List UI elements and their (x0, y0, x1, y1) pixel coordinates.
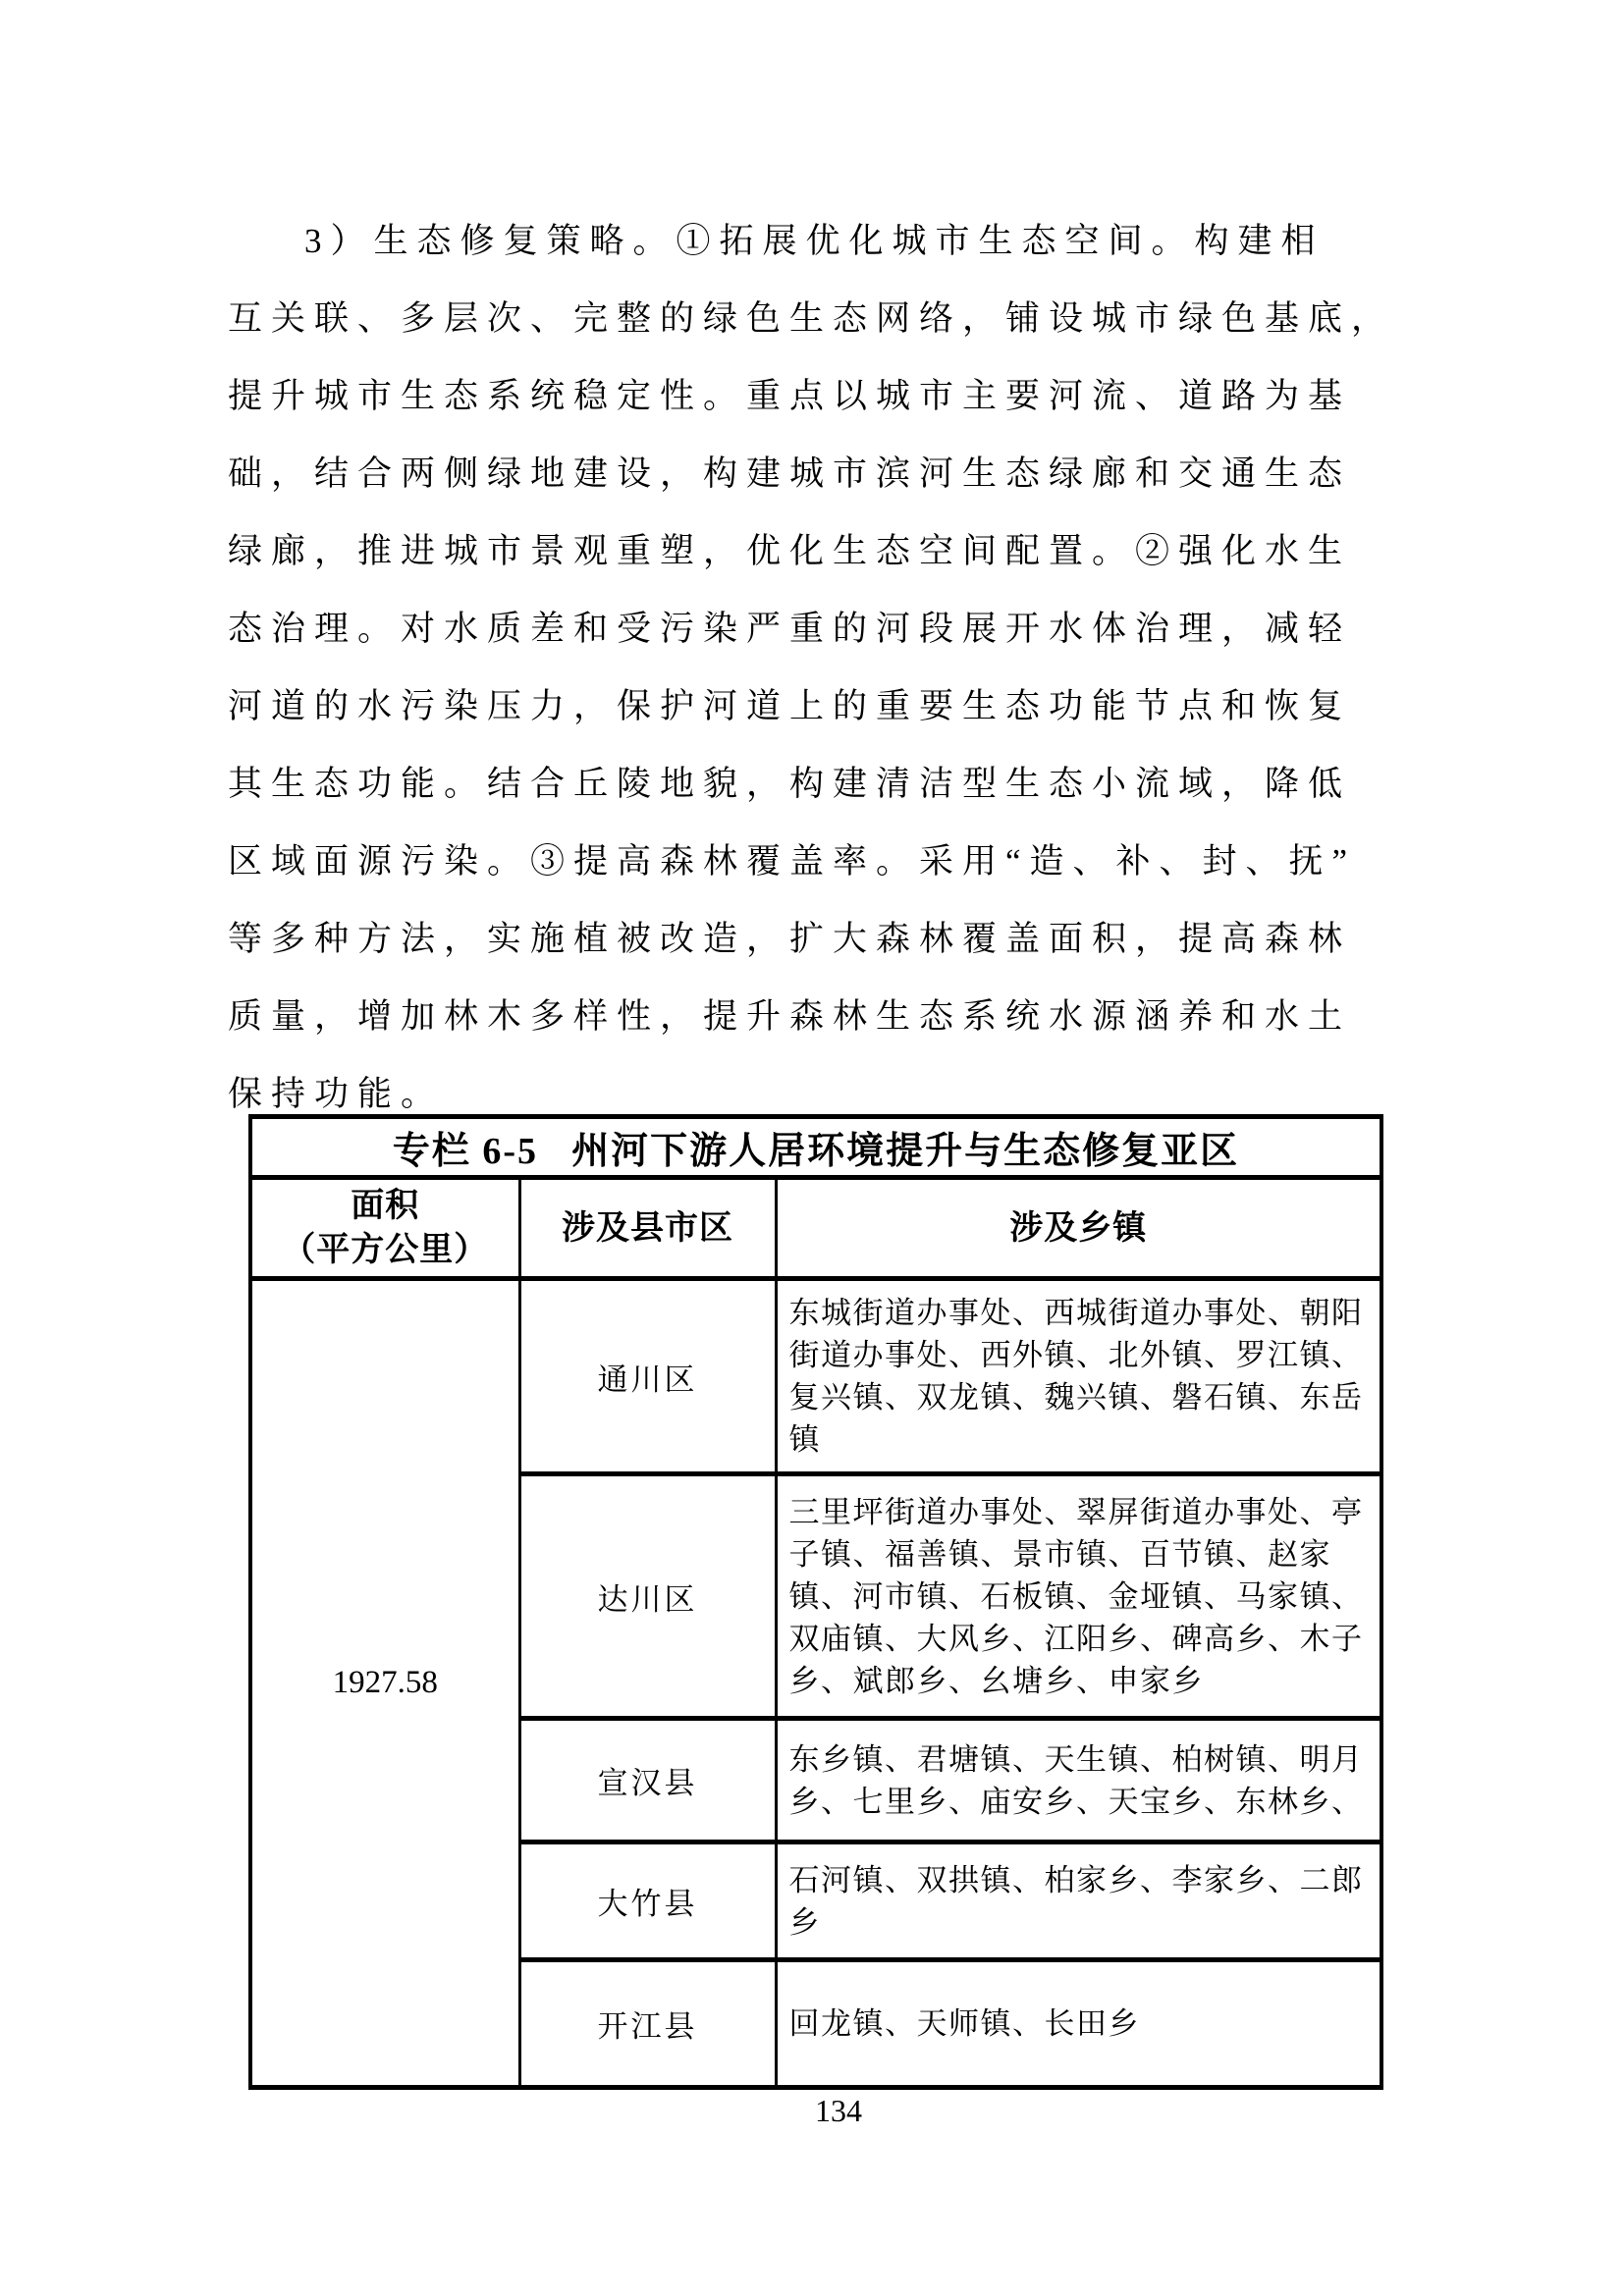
district-cell: 大竹县 (519, 1842, 776, 1960)
header-area: 面积 （平方公里） (250, 1178, 519, 1279)
table-title-row: 专栏 6-5州河下游人居环境提升与生态修复亚区 (250, 1117, 1381, 1178)
table-title: 专栏 6-5州河下游人居环境提升与生态修复亚区 (250, 1117, 1381, 1178)
paragraph-line: 态治理。对水质差和受污染严重的河段展开水体治理，减轻 (228, 590, 1406, 667)
district-cell: 达川区 (519, 1474, 776, 1719)
page-number: 134 (780, 2093, 897, 2129)
table-header-row: 面积 （平方公里） 涉及县市区 涉及乡镇 (250, 1178, 1381, 1279)
header-district: 涉及县市区 (519, 1178, 776, 1279)
header-area-line1: 面积 (253, 1184, 517, 1228)
table-title-text: 州河下游人居环境提升与生态修复亚区 (571, 1131, 1239, 1172)
townships-cell: 回龙镇、天师镇、长田乡 (776, 1960, 1381, 2088)
table-row: 1927.58 通川区 东城街道办事处、西城街道办事处、朝阳街道办事处、西外镇、… (250, 1279, 1381, 1474)
district-cell: 通川区 (519, 1279, 776, 1474)
paragraph-line: 础，结合两侧绿地建设，构建城市滨河生态绿廊和交通生态 (228, 435, 1406, 512)
body-paragraph: 3）生态修复策略。①拓展优化城市生态空间。构建相 互关联、多层次、完整的绿色生态… (228, 202, 1406, 1133)
table-title-label: 专栏 6-5 (393, 1131, 538, 1172)
paragraph-line: 等多种方法，实施植被改造，扩大森林覆盖面积，提高森林 (228, 900, 1406, 978)
paragraph-line: 3）生态修复策略。①拓展优化城市生态空间。构建相 (228, 202, 1406, 280)
townships-cell: 石河镇、双拱镇、柏家乡、李家乡、二郎乡 (776, 1842, 1381, 1960)
paragraph-line: 绿廊，推进城市景观重塑，优化生态空间配置。②强化水生 (228, 512, 1406, 590)
area-value: 1927.58 (250, 1279, 519, 2088)
paragraph-line: 其生态功能。结合丘陵地貌，构建清洁型生态小流域，降低 (228, 745, 1406, 823)
townships-cell: 东乡镇、君塘镇、天生镇、柏树镇、明月乡、七里乡、庙安乡、天宝乡、东林乡、 (776, 1719, 1381, 1842)
district-cell: 开江县 (519, 1960, 776, 2088)
zone-table: 专栏 6-5州河下游人居环境提升与生态修复亚区 面积 （平方公里） 涉及县市区 … (248, 1114, 1383, 2090)
document-page: 3）生态修复策略。①拓展优化城市生态空间。构建相 互关联、多层次、完整的绿色生态… (0, 0, 1624, 2296)
townships-cell: 东城街道办事处、西城街道办事处、朝阳街道办事处、西外镇、北外镇、罗江镇、复兴镇、… (776, 1279, 1381, 1474)
paragraph-line: 互关联、多层次、完整的绿色生态网络，铺设城市绿色基底， (228, 280, 1406, 357)
paragraph-line: 河道的水污染压力，保护河道上的重要生态功能节点和恢复 (228, 667, 1406, 745)
header-area-line2: （平方公里） (253, 1228, 517, 1272)
paragraph-line: 提升城市生态系统稳定性。重点以城市主要河流、道路为基 (228, 357, 1406, 435)
district-cell: 宣汉县 (519, 1719, 776, 1842)
paragraph-line: 区域面源污染。③提高森林覆盖率。采用“造、补、封、抚” (228, 823, 1406, 900)
header-townships: 涉及乡镇 (776, 1178, 1381, 1279)
paragraph-line: 质量，增加林木多样性，提升森林生态系统水源涵养和水土 (228, 978, 1406, 1055)
townships-cell: 三里坪街道办事处、翠屏街道办事处、亭子镇、福善镇、景市镇、百节镇、赵家镇、河市镇… (776, 1474, 1381, 1719)
